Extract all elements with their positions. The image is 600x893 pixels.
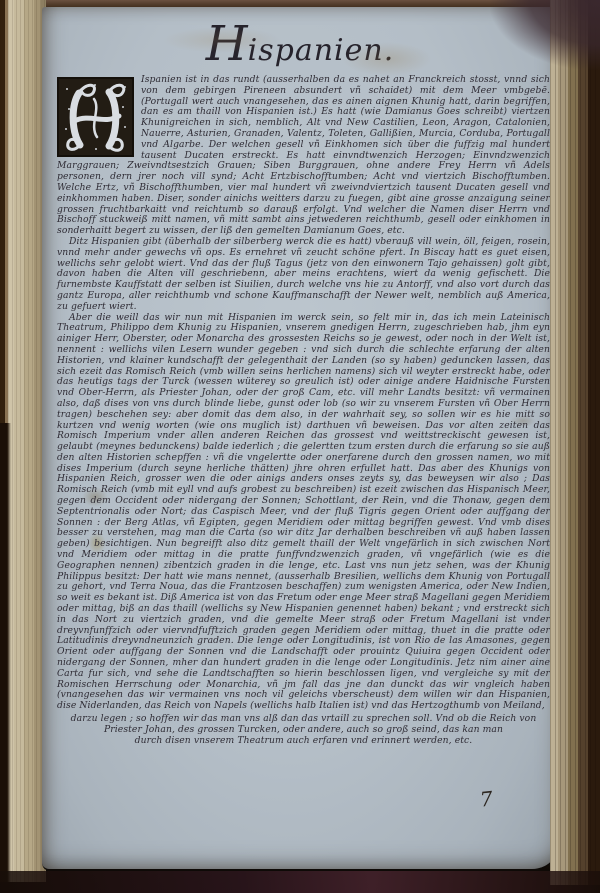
paragraph-3: Aber die weill das wir nun mit Hispanien… <box>57 313 550 712</box>
closing-lines: darzu legen ; so hoffen wir das man vns … <box>57 713 550 746</box>
corner-shadow <box>490 0 600 70</box>
right-page-edges <box>550 0 600 885</box>
page-number: 7 <box>479 786 494 811</box>
title-swash-initial: H <box>206 16 248 72</box>
closing-line: durch disen vnserem Theatrum auch erfare… <box>57 735 550 746</box>
page-title: Hispanien. <box>42 24 558 71</box>
closing-line: Priester Johan, des grossen Turcken, ode… <box>57 724 550 735</box>
paragraph-2: Ditz Hispanien gibt (überhalb der silber… <box>57 237 550 313</box>
closing-line: darzu legen ; so hoffen wir das man vns … <box>57 713 550 724</box>
text-block: Ispanien ist in das rundt (ausserhalben … <box>57 75 550 746</box>
book-photo: Hispanien. <box>0 0 600 893</box>
left-page-edges <box>0 0 46 882</box>
book-page: Hispanien. <box>42 7 558 871</box>
title-rest: ispanien. <box>248 33 395 68</box>
woodcut-initial-icon <box>57 77 134 157</box>
